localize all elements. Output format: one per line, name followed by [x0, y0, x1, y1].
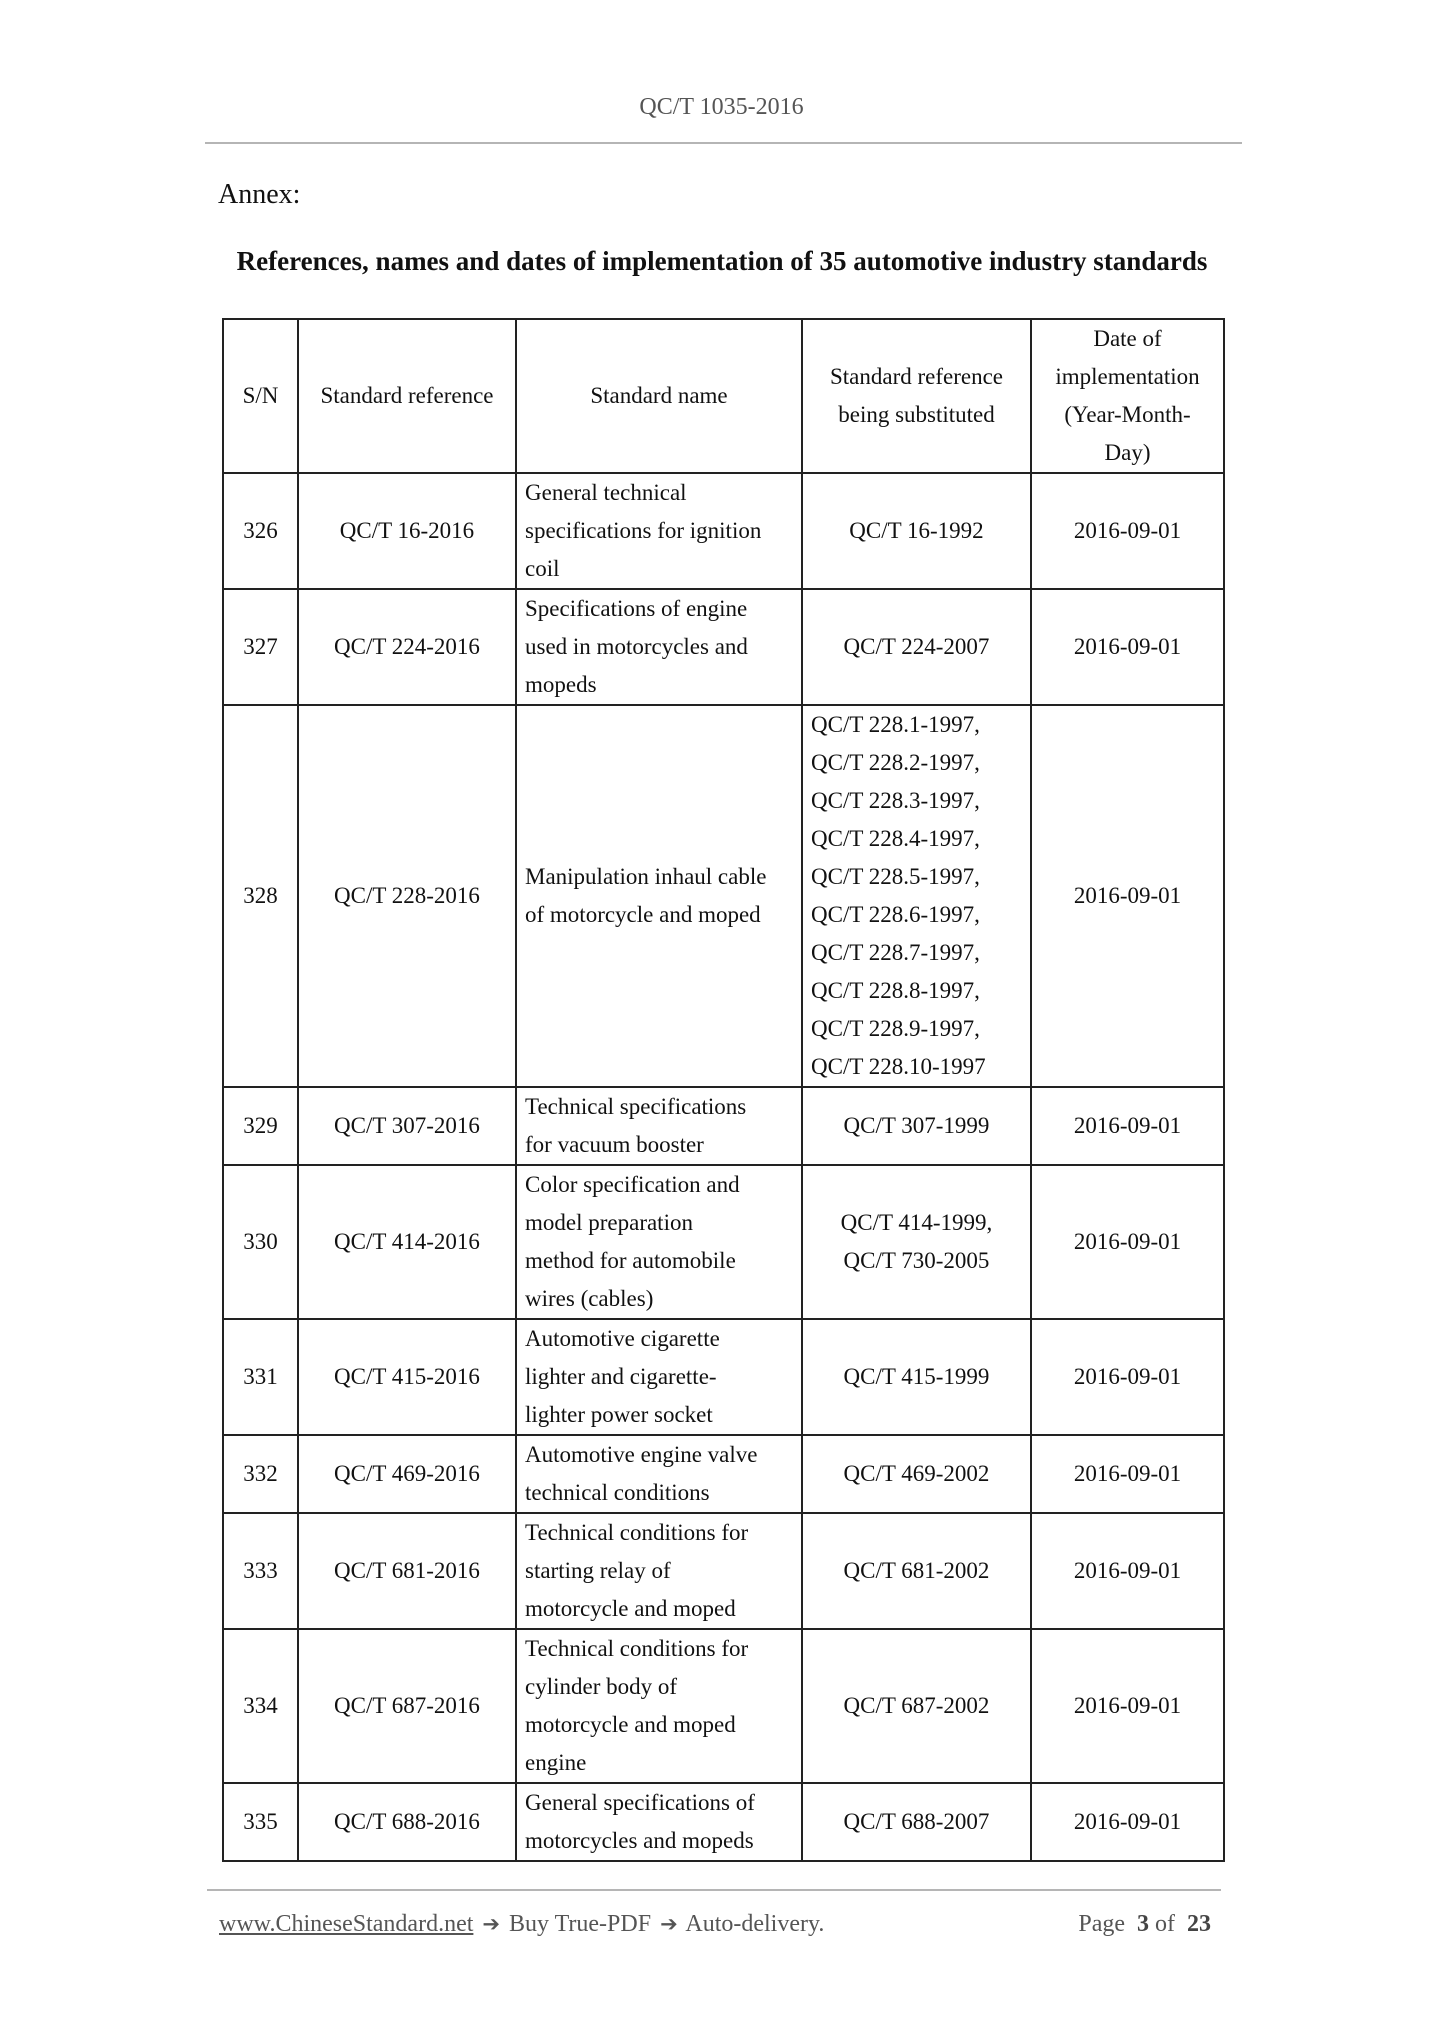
table-title: References, names and dates of implement…	[222, 242, 1222, 280]
cell-standard-reference: QC/T 224-2016	[298, 589, 516, 705]
cell-substituted-reference: QC/T 224-2007	[802, 589, 1031, 705]
right-arrow-icon: ➔	[657, 1912, 681, 1936]
cell-substituted-reference: QC/T 415-1999	[802, 1319, 1031, 1435]
column-header-sn: S/N	[223, 319, 298, 473]
cell-implementation-date: 2016-09-01	[1031, 1165, 1224, 1319]
cell-serial-number: 335	[223, 1783, 298, 1861]
website-link[interactable]: www.ChineseStandard.net	[219, 1911, 473, 1937]
cell-standard-name: Automotive engine valvetechnical conditi…	[516, 1435, 802, 1513]
total-page-count: 23	[1181, 1911, 1217, 1937]
cell-substituted-reference: QC/T 687-2002	[802, 1629, 1031, 1783]
cell-standard-name: Automotive cigarettelighter and cigarett…	[516, 1319, 802, 1435]
cell-substituted-reference: QC/T 16-1992	[802, 473, 1031, 589]
cell-implementation-date: 2016-09-01	[1031, 1087, 1224, 1165]
annex-label: Annex:	[218, 178, 300, 212]
column-header-standard-reference: Standard reference	[298, 319, 516, 473]
cell-serial-number: 333	[223, 1513, 298, 1629]
page-footer: www.ChineseStandard.net ➔ Buy True-PDF ➔…	[219, 1906, 1219, 1942]
document-code: QC/T 1035-2016	[639, 94, 803, 120]
cell-standard-name: Specifications of engineused in motorcyc…	[516, 589, 802, 705]
right-arrow-icon: ➔	[479, 1912, 503, 1936]
cell-substituted-reference: QC/T 688-2007	[802, 1783, 1031, 1861]
cell-implementation-date: 2016-09-01	[1031, 705, 1224, 1087]
cell-serial-number: 326	[223, 473, 298, 589]
cell-standard-name: General specifications ofmotorcycles and…	[516, 1783, 802, 1861]
cell-substituted-reference: QC/T 414-1999,QC/T 730-2005	[802, 1165, 1031, 1319]
cell-standard-reference: QC/T 307-2016	[298, 1087, 516, 1165]
cell-implementation-date: 2016-09-01	[1031, 1629, 1224, 1783]
table-row: 327QC/T 224-2016Specifications of engine…	[223, 589, 1224, 705]
cell-implementation-date: 2016-09-01	[1031, 1435, 1224, 1513]
cell-implementation-date: 2016-09-01	[1031, 473, 1224, 589]
table-row: 333QC/T 681-2016Technical conditions for…	[223, 1513, 1224, 1629]
page-header: QC/T 1035-2016	[0, 92, 1445, 122]
table-body: 326QC/T 16-2016General technicalspecific…	[223, 473, 1224, 1861]
cell-standard-reference: QC/T 681-2016	[298, 1513, 516, 1629]
cell-standard-name: Color specification andmodel preparation…	[516, 1165, 802, 1319]
cell-standard-reference: QC/T 687-2016	[298, 1629, 516, 1783]
table-row: 329QC/T 307-2016Technical specifications…	[223, 1087, 1224, 1165]
table-row: 334QC/T 687-2016Technical conditions for…	[223, 1629, 1224, 1783]
table-row: 330QC/T 414-2016Color specification andm…	[223, 1165, 1224, 1319]
cell-standard-reference: QC/T 16-2016	[298, 473, 516, 589]
cell-serial-number: 330	[223, 1165, 298, 1319]
cell-standard-reference: QC/T 415-2016	[298, 1319, 516, 1435]
cell-serial-number: 328	[223, 705, 298, 1087]
table-row: 326QC/T 16-2016General technicalspecific…	[223, 473, 1224, 589]
cell-serial-number: 327	[223, 589, 298, 705]
table-header-row: S/N Standard reference Standard name Sta…	[223, 319, 1224, 473]
table-row: 331QC/T 415-2016Automotive cigaretteligh…	[223, 1319, 1224, 1435]
header-divider	[205, 142, 1242, 144]
page-indicator: Page 3of 23	[1078, 1906, 1217, 1942]
column-header-implementation-date: Date of implementation (Year-Month- Day)	[1031, 319, 1224, 473]
cell-substituted-reference: QC/T 681-2002	[802, 1513, 1031, 1629]
standards-table: S/N Standard reference Standard name Sta…	[222, 318, 1225, 1862]
table-row: 328QC/T 228-2016Manipulation inhaul cabl…	[223, 705, 1224, 1087]
cell-standard-name: Technical specificationsfor vacuum boost…	[516, 1087, 802, 1165]
cell-standard-reference: QC/T 469-2016	[298, 1435, 516, 1513]
cell-standard-reference: QC/T 688-2016	[298, 1783, 516, 1861]
table-row: 335QC/T 688-2016General specifications o…	[223, 1783, 1224, 1861]
cell-implementation-date: 2016-09-01	[1031, 1783, 1224, 1861]
cell-implementation-date: 2016-09-01	[1031, 1513, 1224, 1629]
column-header-substituted-reference: Standard reference being substituted	[802, 319, 1031, 473]
footer-divider	[207, 1889, 1221, 1891]
cell-substituted-reference: QC/T 228.1-1997,QC/T 228.2-1997,QC/T 228…	[802, 705, 1031, 1087]
cell-standard-name: General technicalspecifications for igni…	[516, 473, 802, 589]
cell-standard-name: Manipulation inhaul cableof motorcycle a…	[516, 705, 802, 1087]
cell-serial-number: 332	[223, 1435, 298, 1513]
footer-step-delivery: Auto-delivery.	[685, 1911, 824, 1937]
cell-serial-number: 334	[223, 1629, 298, 1783]
cell-substituted-reference: QC/T 307-1999	[802, 1087, 1031, 1165]
cell-serial-number: 331	[223, 1319, 298, 1435]
cell-implementation-date: 2016-09-01	[1031, 589, 1224, 705]
cell-standard-name: Technical conditions forstarting relay o…	[516, 1513, 802, 1629]
table-row: 332QC/T 469-2016Automotive engine valvet…	[223, 1435, 1224, 1513]
footer-step-buy: Buy True-PDF	[509, 1911, 651, 1937]
cell-standard-reference: QC/T 414-2016	[298, 1165, 516, 1319]
cell-standard-reference: QC/T 228-2016	[298, 705, 516, 1087]
cell-serial-number: 329	[223, 1087, 298, 1165]
column-header-standard-name: Standard name	[516, 319, 802, 473]
cell-substituted-reference: QC/T 469-2002	[802, 1435, 1031, 1513]
current-page-number: 3	[1131, 1911, 1155, 1937]
cell-implementation-date: 2016-09-01	[1031, 1319, 1224, 1435]
cell-standard-name: Technical conditions forcylinder body of…	[516, 1629, 802, 1783]
